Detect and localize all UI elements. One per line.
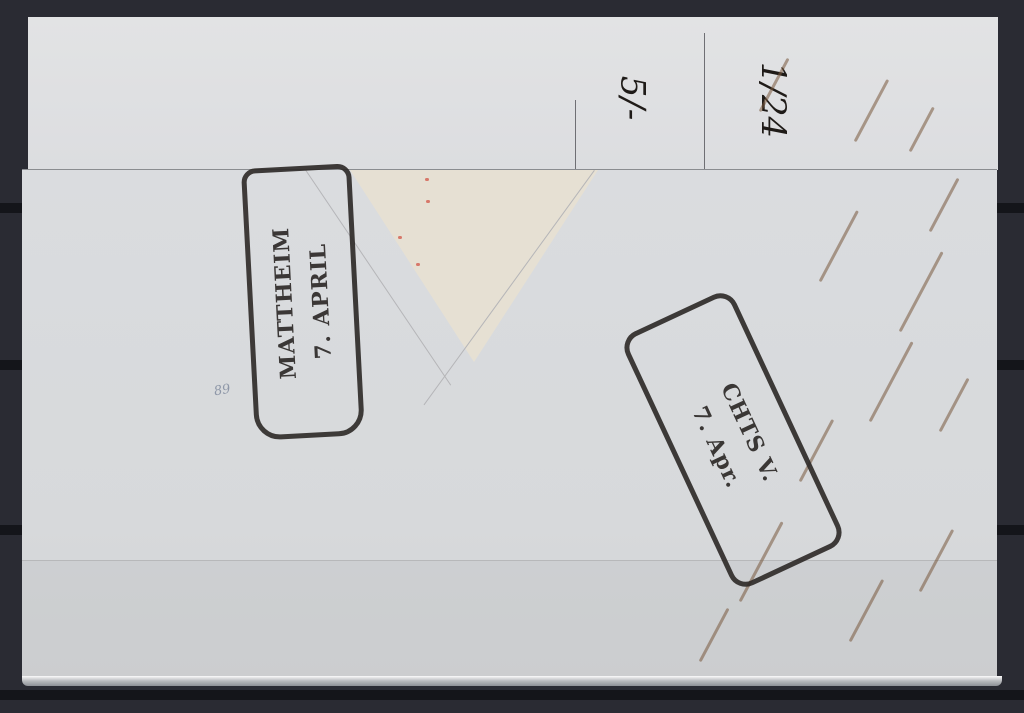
postmark-left: MATTHEIM 7. APRIL	[241, 163, 365, 440]
background-stripe	[0, 690, 1024, 700]
pencil-note: 89	[213, 382, 232, 400]
cover-top-flap	[28, 17, 998, 170]
manuscript-note-right: 1/24	[753, 62, 793, 138]
fold-line	[704, 33, 705, 170]
manuscript-note-left: 5/-	[612, 76, 652, 121]
cover-lower-fold	[22, 560, 997, 678]
fold-line	[575, 100, 576, 170]
postmark-left-line-2: 7. APRIL	[305, 242, 337, 359]
protective-sleeve-edge	[22, 676, 1002, 686]
postmark-left-line-1: MATTHEIM	[268, 226, 302, 380]
